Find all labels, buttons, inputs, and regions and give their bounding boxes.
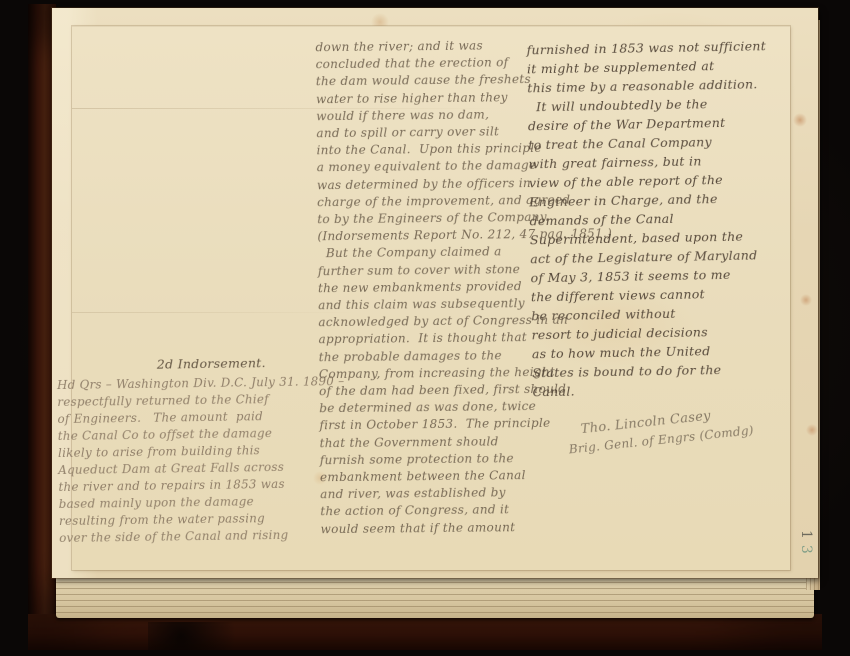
handwritten-line: would seem that if the amount bbox=[320, 518, 560, 538]
handwritten-line: (Indorsements Report No. 212, 47 pag. 18… bbox=[317, 226, 557, 246]
page-number-digit-top: 1 bbox=[798, 530, 814, 545]
book-cover-bottom-edge bbox=[28, 614, 822, 650]
album-page: 2d Indorsement. Hd Qrs – Washington Div.… bbox=[52, 8, 818, 578]
handwritten-line: appropriation. It is thought that bbox=[318, 329, 558, 349]
handwritten-line: embankment between the Canal bbox=[320, 467, 560, 487]
page-number: 13 bbox=[798, 530, 814, 570]
middle-column: down the river; and it wasconcluded that… bbox=[315, 37, 560, 538]
handwritten-line: Canal. bbox=[532, 378, 800, 402]
page-number-digit-bottom: 3 bbox=[798, 545, 814, 560]
right-column-text: furnished in 1853 was not sufficientit m… bbox=[526, 36, 800, 402]
left-column: 2d Indorsement. Hd Qrs – Washington Div.… bbox=[57, 353, 352, 547]
page-stack-bottom-edges bbox=[56, 576, 814, 618]
indorsement-heading: 2d Indorsement. bbox=[57, 353, 349, 374]
middle-column-text: down the river; and it wasconcluded that… bbox=[315, 37, 560, 538]
handwritten-line: a money equivalent to the damage bbox=[317, 157, 557, 177]
right-column: furnished in 1853 was not sufficientit m… bbox=[526, 36, 801, 450]
handwritten-line: the dam would cause the freshets bbox=[316, 71, 556, 91]
handwritten-line: first in October 1853. The principle bbox=[319, 415, 559, 435]
left-column-text: Hd Qrs – Washington Div. D.C. July 31. 1… bbox=[57, 373, 351, 547]
album-photo: 2d Indorsement. Hd Qrs – Washington Div.… bbox=[0, 0, 850, 656]
